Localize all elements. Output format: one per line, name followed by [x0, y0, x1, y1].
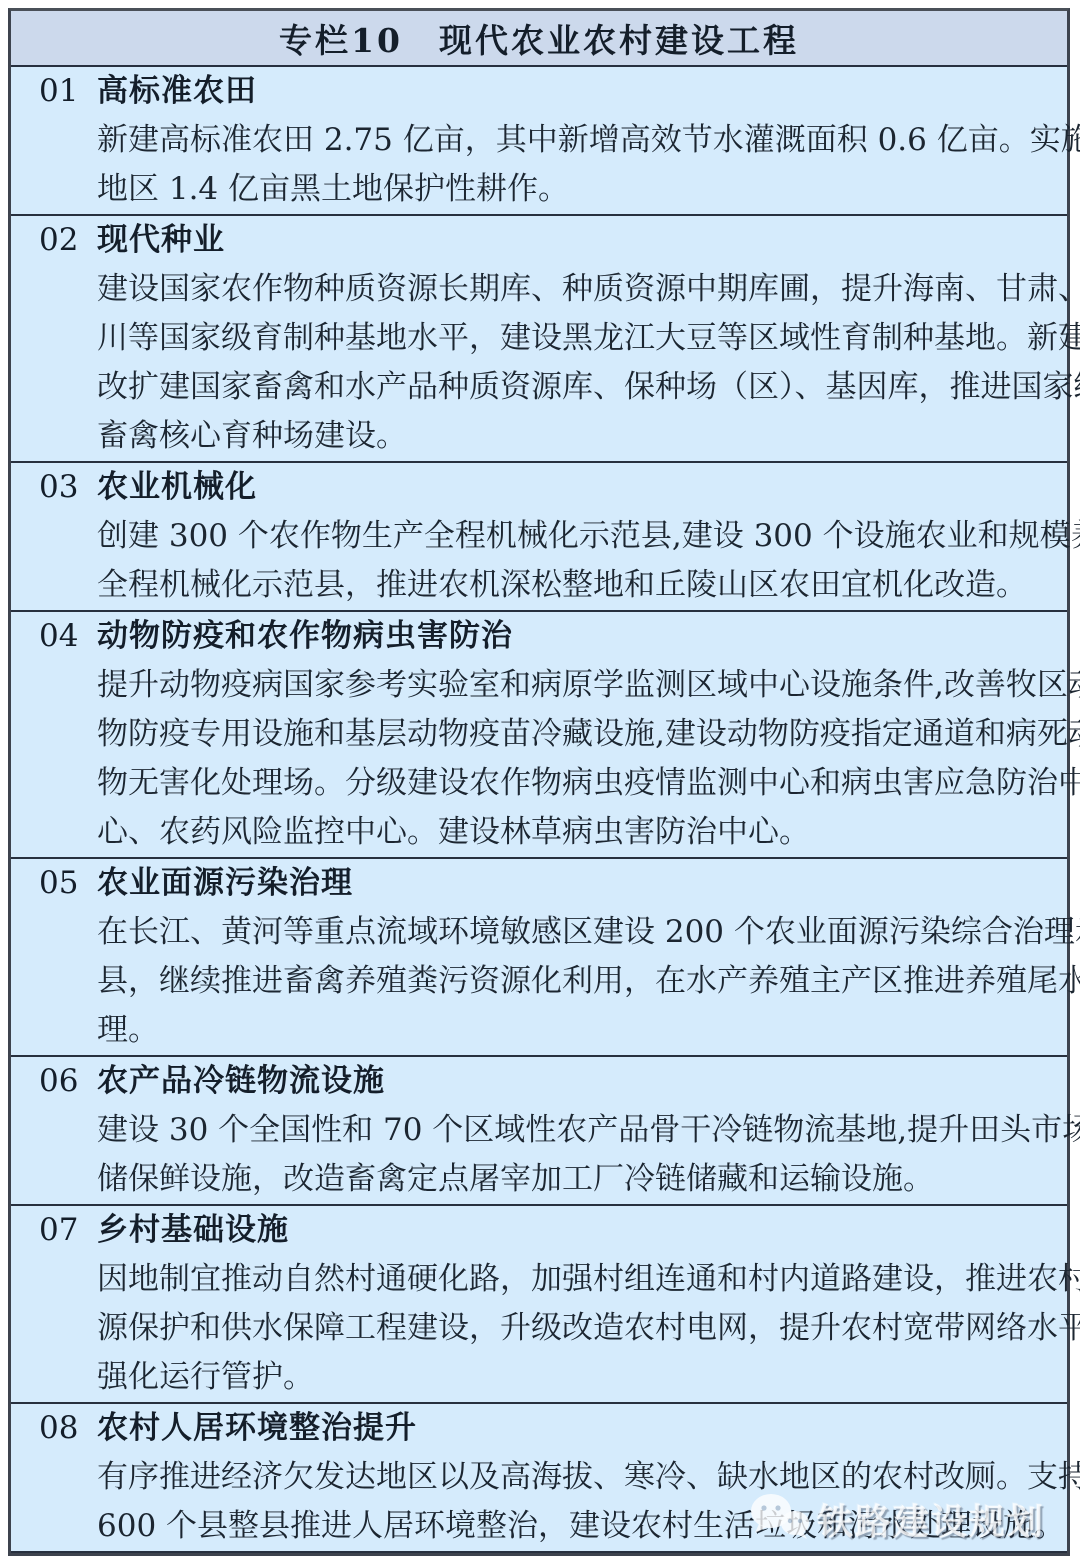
- section-number: 01: [39, 67, 89, 116]
- section-text-line: 新建高标准农田 2.75 亿亩，其中新增高效节水灌溉面积 0.6 亿亩。实施东北: [97, 116, 1041, 165]
- section-06: 06 农产品冷链物流设施 建设 30 个全国性和 70 个区域性农产品骨干冷链物…: [11, 1057, 1067, 1206]
- section-text-line: 心、农药风险监控中心。建设林草病虫害防治中心。: [97, 808, 1041, 857]
- section-04: 04 动物防疫和农作物病虫害防治 提升动物疫病国家参考实验室和病原学监测区域中心…: [11, 612, 1067, 859]
- section-05: 05 农业面源污染治理 在长江、黄河等重点流域环境敏感区建设 200 个农业面源…: [11, 859, 1067, 1057]
- section-title: 农产品冷链物流设施: [97, 1057, 385, 1106]
- section-title: 农村人居环境整治提升: [97, 1404, 417, 1453]
- section-number: 08: [39, 1404, 89, 1453]
- box-panel: 专栏10 现代农业农村建设工程 01 高标准农田 新建高标准农田 2.75 亿亩…: [8, 8, 1070, 1556]
- section-text-line: 源保护和供水保障工程建设，升级改造农村电网，提升农村宽带网络水平，: [97, 1304, 1041, 1353]
- section-number: 07: [39, 1206, 89, 1255]
- section-text-line: 川等国家级育制种基地水平，建设黑龙江大豆等区域性育制种基地。新建、: [97, 314, 1041, 363]
- section-title: 农业面源污染治理: [97, 859, 353, 908]
- section-title-row: 04 动物防疫和农作物病虫害防治: [11, 612, 1067, 661]
- section-08: 08 农村人居环境整治提升 有序推进经济欠发达地区以及高海拔、寒冷、缺水地区的农…: [11, 1404, 1067, 1553]
- section-title: 农业机械化: [97, 463, 257, 512]
- section-text-line: 因地制宜推动自然村通硬化路，加强村组连通和村内道路建设，推进农村水: [97, 1255, 1041, 1304]
- section-title-row: 01 高标准农田: [11, 67, 1067, 116]
- section-02: 02 现代种业 建设国家农作物种质资源长期库、种质资源中期库圃，提升海南、甘肃、…: [11, 216, 1067, 463]
- section-title-row: 03 农业机械化: [11, 463, 1067, 512]
- section-text-line: 全程机械化示范县，推进农机深松整地和丘陵山区农田宜机化改造。: [97, 561, 1041, 610]
- section-number: 06: [39, 1057, 89, 1106]
- section-text-line: 600 个县整县推进人居环境整治，建设农村生活垃圾和污水处理设施。: [97, 1502, 1041, 1551]
- section-text-line: 有序推进经济欠发达地区以及高海拔、寒冷、缺水地区的农村改厕。支持: [97, 1453, 1041, 1502]
- section-text-line: 物防疫专用设施和基层动物疫苗冷藏设施,建设动物防疫指定通道和病死动: [97, 710, 1041, 759]
- section-text-line: 物无害化处理场。分级建设农作物病虫疫情监测中心和病虫害应急防治中: [97, 759, 1041, 808]
- section-text-line: 在长江、黄河等重点流域环境敏感区建设 200 个农业面源污染综合治理示范: [97, 908, 1041, 957]
- section-title-row: 02 现代种业: [11, 216, 1067, 265]
- section-number: 05: [39, 859, 89, 908]
- section-title: 高标准农田: [97, 67, 257, 116]
- section-07: 07 乡村基础设施 因地制宜推动自然村通硬化路，加强村组连通和村内道路建设，推进…: [11, 1206, 1067, 1404]
- section-title: 乡村基础设施: [97, 1206, 289, 1255]
- section-text-line: 储保鲜设施，改造畜禽定点屠宰加工厂冷链储藏和运输设施。: [97, 1155, 1041, 1204]
- section-text-line: 改扩建国家畜禽和水产品种质资源库、保种场（区）、基因库，推进国家级: [97, 363, 1041, 412]
- section-text-line: 地区 1.4 亿亩黑土地保护性耕作。: [97, 165, 1041, 214]
- section-title: 动物防疫和农作物病虫害防治: [97, 612, 513, 661]
- section-title-row: 05 农业面源污染治理: [11, 859, 1067, 908]
- section-03: 03 农业机械化 创建 300 个农作物生产全程机械化示范县,建设 300 个设…: [11, 463, 1067, 612]
- section-title: 现代种业: [97, 216, 225, 265]
- section-text-line: 建设 30 个全国性和 70 个区域性农产品骨干冷链物流基地,提升田头市场仓: [97, 1106, 1041, 1155]
- section-number: 04: [39, 612, 89, 661]
- section-01: 01 高标准农田 新建高标准农田 2.75 亿亩，其中新增高效节水灌溉面积 0.…: [11, 67, 1067, 216]
- section-text-line: 创建 300 个农作物生产全程机械化示范县,建设 300 个设施农业和规模养殖: [97, 512, 1041, 561]
- section-text-line: 畜禽核心育种场建设。: [97, 412, 1041, 461]
- page: 专栏10 现代农业农村建设工程 01 高标准农田 新建高标准农田 2.75 亿亩…: [0, 0, 1080, 1557]
- section-number: 02: [39, 216, 89, 265]
- section-text-line: 县，继续推进畜禽养殖粪污资源化利用，在水产养殖主产区推进养殖尾水治: [97, 957, 1041, 1006]
- box-title: 专栏10 现代农业农村建设工程: [11, 11, 1067, 67]
- section-title-row: 08 农村人居环境整治提升: [11, 1404, 1067, 1453]
- section-text-line: 理。: [97, 1006, 1041, 1055]
- section-text-line: 提升动物疫病国家参考实验室和病原学监测区域中心设施条件,改善牧区动: [97, 661, 1041, 710]
- section-number: 03: [39, 463, 89, 512]
- section-title-row: 06 农产品冷链物流设施: [11, 1057, 1067, 1106]
- section-text-line: 强化运行管护。: [97, 1353, 1041, 1402]
- section-title-row: 07 乡村基础设施: [11, 1206, 1067, 1255]
- section-text-line: 建设国家农作物种质资源长期库、种质资源中期库圃，提升海南、甘肃、四: [97, 265, 1041, 314]
